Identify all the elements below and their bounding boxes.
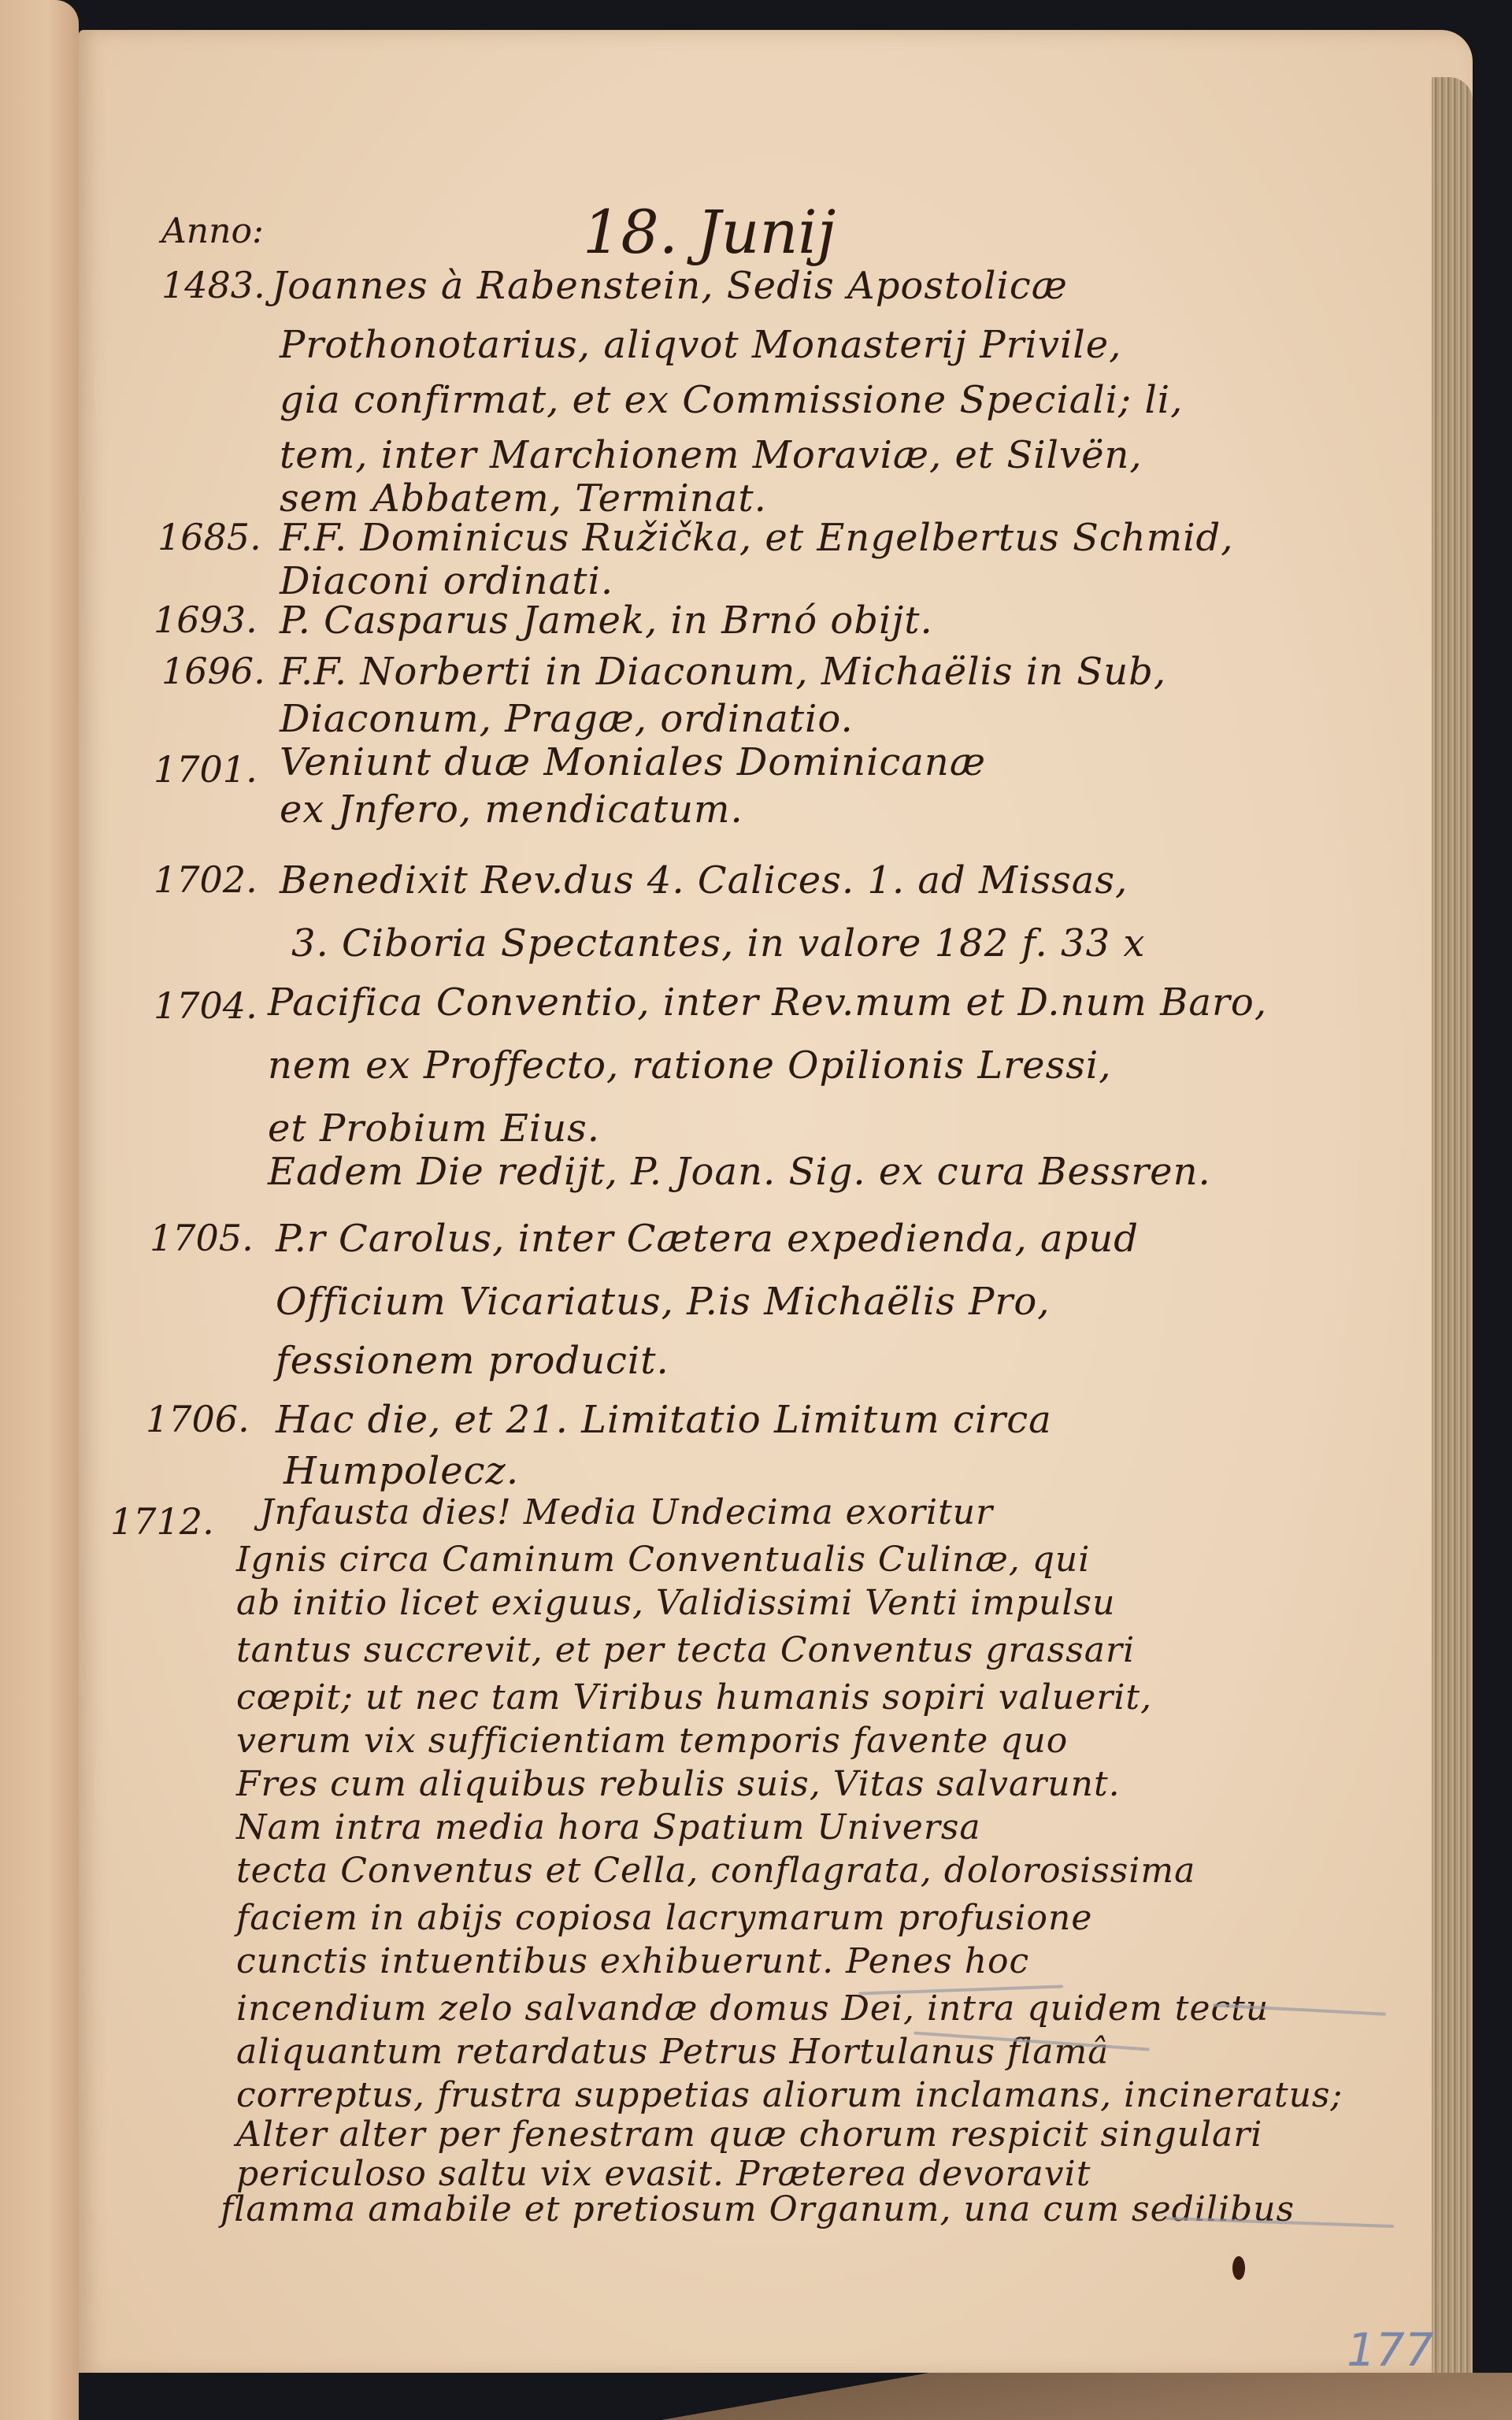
entry-line: F.F. Norberti in Diaconum, Michaëlis in … <box>280 650 1166 694</box>
entry-line: 3. Ciboria Spectantes, in valore 182 f. … <box>291 921 1145 965</box>
entry-line: Prothonotarius, aliqvot Monasterij Privi… <box>280 323 1121 367</box>
entry-line: nem ex Proffecto, ratione Opilionis Lres… <box>268 1043 1111 1088</box>
entry-year: 1685. <box>157 516 261 558</box>
entry-line: Joannes à Rabenstein, Sedis Apostolicæ <box>272 264 1068 308</box>
entry-line: Ignis circa Caminum Conventualis Culinæ,… <box>236 1540 1090 1580</box>
entry-line: periculoso saltu vix evasit. Præterea de… <box>236 2154 1091 2194</box>
entry-line: tem, inter Marchionem Moraviæ, et Silvën… <box>280 433 1143 477</box>
page-fore-edge <box>1432 77 1473 2408</box>
entry-line: cunctis intuentibus exhibuerunt. Penes h… <box>236 1941 1029 1981</box>
entry-line: tecta Conventus et Cella, conflagrata, d… <box>236 1851 1195 1891</box>
entry-line: ex Jnfero, mendicatum. <box>280 788 743 832</box>
entry-year: 1483. <box>161 264 265 306</box>
entry-line: verum vix sufficientiam temporis favente… <box>236 1721 1068 1761</box>
entry-line: P.r Carolus, inter Cætera expedienda, ap… <box>276 1217 1139 1261</box>
anno-label: Anno: <box>161 211 264 251</box>
entry-line: Officium Vicariatus, P.is Michaëlis Pro, <box>276 1280 1050 1324</box>
entry-year: 1696. <box>161 650 265 692</box>
entry-line: Fres cum aliquibus rebulis suis, Vitas s… <box>236 1764 1121 1804</box>
entry-line: Diaconi ordinati. <box>280 559 613 603</box>
entry-line: cœpit; ut nec tam Viribus humanis sopiri… <box>236 1677 1152 1718</box>
entry-year: 1693. <box>154 599 258 641</box>
entry-line: tantus succrevit, et per tecta Conventus… <box>236 1630 1135 1670</box>
entry-line: Hac die, et 21. Limitatio Limitum circa <box>276 1398 1052 1442</box>
entry-line: et Probium Eius. <box>268 1106 600 1151</box>
entry-line: Humpolecz. <box>283 1449 519 1493</box>
entry-year: 1705. <box>150 1217 254 1259</box>
entry-year: 1712. <box>110 1500 214 1543</box>
entry-line: Jnfausta dies! Media Undecima exoritur <box>260 1492 993 1532</box>
book-bottom-shadow <box>79 2373 1512 2420</box>
page-heading: 18. Junij <box>583 197 836 267</box>
entry-line: Benedixit Rev.dus 4. Calices. 1. ad Miss… <box>280 858 1128 902</box>
entry-line: P. Casparus Jamek, in Brnó obijt. <box>280 599 933 643</box>
entry-line: ab initio licet exiguus, Validissimi Ven… <box>236 1583 1115 1623</box>
entry-year: 1702. <box>154 858 258 901</box>
entry-year: 1701. <box>154 748 258 791</box>
ink-blot <box>1232 2256 1245 2280</box>
left-page-edge <box>0 0 79 2420</box>
entry-year: 1706. <box>146 1398 250 1440</box>
entry-line: flamma amabile et pretiosum Organum, una… <box>220 2189 1295 2229</box>
entry-line: Diaconum, Pragæ, ordinatio. <box>280 697 854 741</box>
entry-line: fessionem producit. <box>276 1339 669 1383</box>
entry-line: F.F. Dominicus Ružička, et Engelbertus S… <box>280 516 1234 560</box>
entry-line: Nam intra media hora Spatium Universa <box>236 1807 981 1847</box>
entry-line: Veniunt duæ Moniales Dominicanæ <box>280 740 986 784</box>
entry-line: incendium zelo salvandæ domus Dei, intra… <box>236 1988 1269 2029</box>
entry-line: faciem in abijs copiosa lacrymarum profu… <box>236 1898 1092 1938</box>
entry-line: Pacifica Conventio, inter Rev.mum et D.n… <box>268 980 1267 1025</box>
entry-year: 1704. <box>154 984 258 1027</box>
entry-line: gia confirmat, et ex Commissione Special… <box>280 378 1183 422</box>
entry-line: Alter alter per fenestram quæ chorum res… <box>236 2114 1262 2155</box>
entry-line: Eadem Die redijt, P. Joan. Sig. ex cura … <box>268 1150 1211 1194</box>
entry-line: correptus, frustra suppetias aliorum inc… <box>236 2075 1343 2115</box>
folio-number: 177 <box>1347 2323 1434 2377</box>
entry-line: sem Abbatem, Terminat. <box>280 476 767 521</box>
